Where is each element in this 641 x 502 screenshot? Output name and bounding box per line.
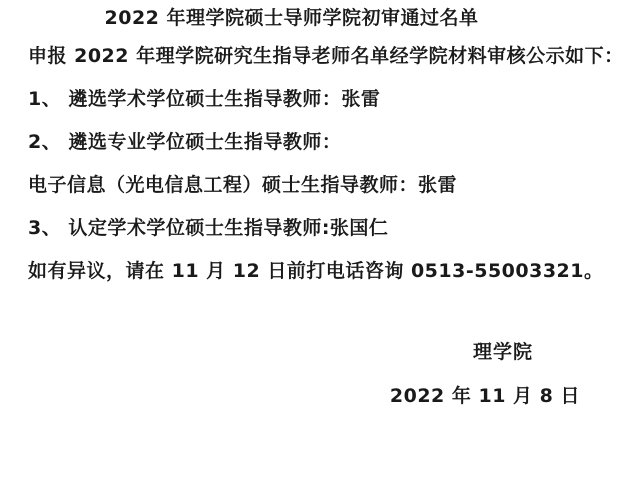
signature-department: 理学院: [0, 341, 641, 364]
announcement-document: 2022 年理学院硕士导师学院初审通过名单 申报 2022 年理学院研究生指导老…: [0, 0, 641, 502]
paragraph-item-1: 1、 遴选学术学位硕士生指导教师：张雷: [28, 88, 631, 111]
document-title: 2022 年理学院硕士导师学院初审通过名单: [0, 0, 641, 30]
paragraph-item-3: 3、 认定学术学位硕士生指导教师:张国仁: [28, 217, 631, 240]
paragraph-item-2: 2、 遴选专业学位硕士生指导教师：: [28, 131, 631, 154]
paragraph-contact: 如有异议，请在 11 月 12 日前打电话咨询 0513-55003321。: [28, 260, 631, 283]
paragraph-intro: 申报 2022 年理学院研究生指导老师名单经学院材料审核公示如下：: [28, 45, 631, 68]
signature-date: 2022 年 11 月 8 日: [0, 385, 641, 408]
paragraph-item-2-detail: 电子信息（光电信息工程）硕士生指导教师：张雷: [28, 174, 631, 197]
